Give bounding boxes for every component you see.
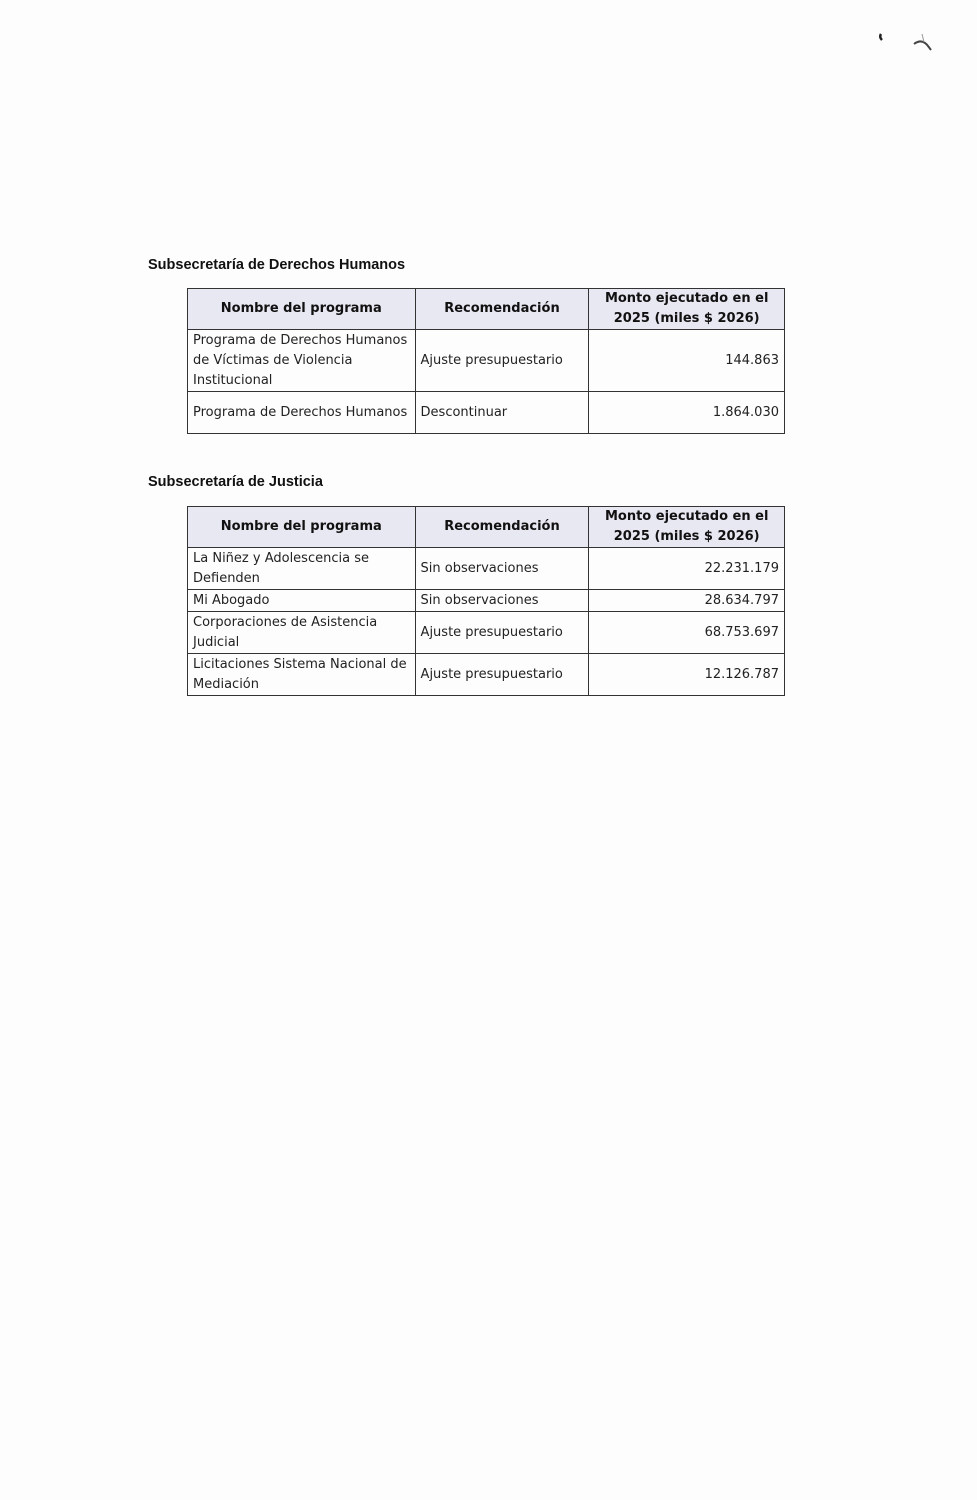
header-recomendacion: Recomendación xyxy=(415,507,589,548)
cell-recomendacion: Sin observaciones xyxy=(415,590,589,612)
table-header-row: Nombre del programa Recomendación Monto … xyxy=(188,289,785,330)
header-recomendacion: Recomendación xyxy=(415,289,589,330)
cell-monto: 22.231.179 xyxy=(589,548,785,590)
table-row: Programa de Derechos Humanos de Víctimas… xyxy=(188,330,785,392)
cell-programa: Mi Abogado xyxy=(188,590,416,612)
cell-programa: Corporaciones de Asistencia Judicial xyxy=(188,612,416,654)
cell-recomendacion: Ajuste presupuestario xyxy=(415,330,589,392)
cell-monto: 12.126.787 xyxy=(589,654,785,696)
table-row: Corporaciones de Asistencia Judicial Aju… xyxy=(188,612,785,654)
cell-recomendacion: Descontinuar xyxy=(415,392,589,434)
cell-programa: Programa de Derechos Humanos de Víctimas… xyxy=(188,330,416,392)
table-row: Mi Abogado Sin observaciones 28.634.797 xyxy=(188,590,785,612)
table-justicia: Nombre del programa Recomendación Monto … xyxy=(187,506,785,696)
header-nombre-programa: Nombre del programa xyxy=(188,289,416,330)
cell-programa: Programa de Derechos Humanos xyxy=(188,392,416,434)
cell-monto: 1.864.030 xyxy=(589,392,785,434)
cell-recomendacion: Ajuste presupuestario xyxy=(415,612,589,654)
table-header-row: Nombre del programa Recomendación Monto … xyxy=(188,507,785,548)
table-derechos-humanos: Nombre del programa Recomendación Monto … xyxy=(187,288,785,434)
table-row: Licitaciones Sistema Nacional de Mediaci… xyxy=(188,654,785,696)
cell-programa: Licitaciones Sistema Nacional de Mediaci… xyxy=(188,654,416,696)
handwritten-mark-icon xyxy=(876,28,936,52)
section-title-derechos-humanos: Subsecretaría de Derechos Humanos xyxy=(148,257,405,273)
header-nombre-programa: Nombre del programa xyxy=(188,507,416,548)
cell-monto: 68.753.697 xyxy=(589,612,785,654)
header-monto: Monto ejecutado en el 2025 (miles $ 2026… xyxy=(589,289,785,330)
cell-monto: 144.863 xyxy=(589,330,785,392)
table-row: La Niñez y Adolescencia se Defienden Sin… xyxy=(188,548,785,590)
table-row: Programa de Derechos Humanos Descontinua… xyxy=(188,392,785,434)
cell-monto: 28.634.797 xyxy=(589,590,785,612)
cell-programa: La Niñez y Adolescencia se Defienden xyxy=(188,548,416,590)
section-title-justicia: Subsecretaría de Justicia xyxy=(148,474,323,490)
header-monto: Monto ejecutado en el 2025 (miles $ 2026… xyxy=(589,507,785,548)
cell-recomendacion: Ajuste presupuestario xyxy=(415,654,589,696)
cell-recomendacion: Sin observaciones xyxy=(415,548,589,590)
